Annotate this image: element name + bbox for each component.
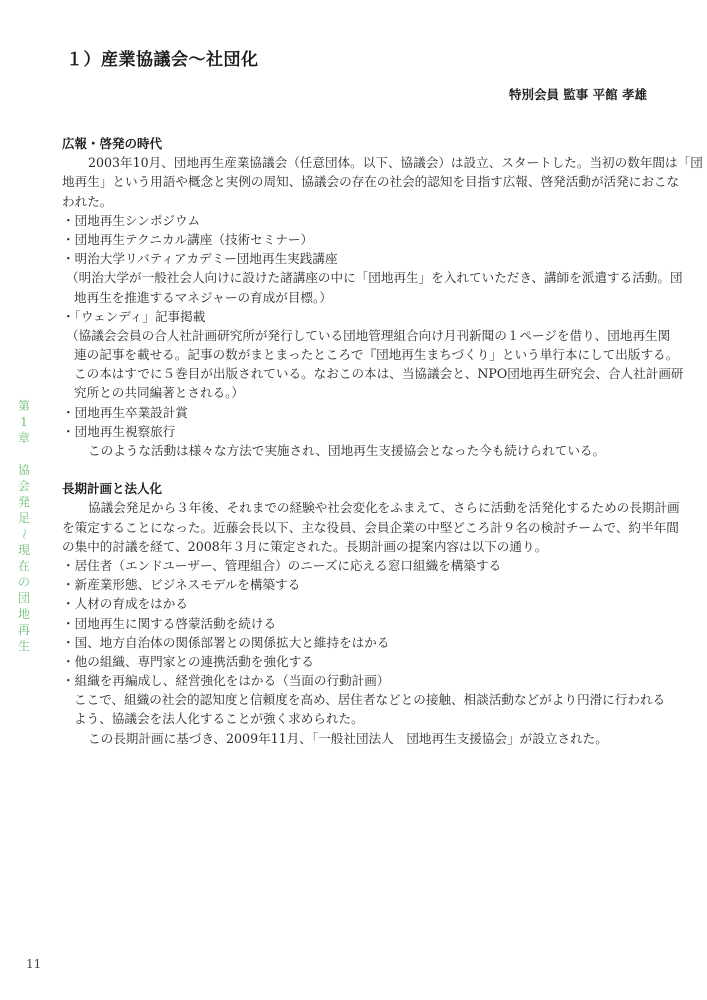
side-tab-char: 足 xyxy=(16,510,32,526)
list-item: ・団地再生に関する啓蒙活動を続ける xyxy=(62,614,662,633)
list-item: ・居住者（エンドユーザー、管理組合）のニーズに応える窓口組織を構築する xyxy=(62,556,662,575)
section-gap xyxy=(62,460,662,479)
paragraph-line: この長期計画に基づき、2009年11月、「一般社団法人 団地再生支援協会」が設立… xyxy=(62,729,662,748)
list-note-line: 連の記事を載せる。記事の数がまとまったところで『団地再生まちづくり」という単行本… xyxy=(62,345,662,364)
side-tab-spacer xyxy=(16,446,32,462)
page-title: １）産業協議会～社団化 xyxy=(66,45,259,70)
side-tab-char: 在 xyxy=(16,558,32,574)
side-tab-char: 再 xyxy=(16,622,32,638)
side-tab-char: 地 xyxy=(16,606,32,622)
list-note-line: 地再生を推進するマネジャーの育成が目標。） xyxy=(62,288,662,307)
side-tab-char: 1 xyxy=(16,414,32,430)
side-tab-char: 現 xyxy=(16,542,32,558)
list-item: ・国、地方自治体の関係部署との関係拡大と維持をはかる xyxy=(62,633,662,652)
document-page: １）産業協議会～社団化 特別会員 監事 平館 孝雄 広報・啓発の時代 2003年… xyxy=(0,0,707,1000)
paragraph-line: 協議会発足から３年後、それまでの経験や社会変化をふまえて、さらに活動を活発化する… xyxy=(62,498,662,517)
list-note-line: （明治大学が一般社会人向けに設けた諸講座の中に「団地再生」を入れていただき、講師… xyxy=(62,268,662,287)
side-tab-char: 発 xyxy=(16,494,32,510)
paragraph-line: われた。 xyxy=(62,192,662,211)
list-item: ・新産業形態、ビジネスモデルを構築する xyxy=(62,575,662,594)
side-tab-char: 団 xyxy=(16,590,32,606)
side-tab-char: 章 xyxy=(16,430,32,446)
list-item: ・団地再生シンポジウム xyxy=(62,211,662,230)
list-item: ・団地再生卒業設計賞 xyxy=(62,403,662,422)
section-heading: 広報・啓発の時代 xyxy=(62,134,662,153)
list-note-line: （協議会会員の合人社計画研究所が発行している団地管理組合向け月刊新聞の１ページを… xyxy=(62,326,662,345)
side-tab-char: の xyxy=(16,574,32,590)
paragraph-line: ここで、組織の社会的認知度と信頼度を高め、居住者などとの接触、相談活動などがより… xyxy=(62,690,662,709)
list-item: ・組織を再編成し、経営強化をはかる（当面の行動計画） xyxy=(62,671,662,690)
list-item: ・他の組織、専門家との連携活動を強化する xyxy=(62,652,662,671)
section-heading: 長期計画と法人化 xyxy=(62,479,662,498)
list-note-line: この本はすでに５巻目が出版されている。なおこの本は、当協議会と、NPO団地再生研… xyxy=(62,364,662,383)
document-body: 広報・啓発の時代 2003年10月、団地再生産業協議会（任意団体。以下、協議会）… xyxy=(62,134,662,748)
paragraph-line: の集中的討議を経て、2008年３月に策定された。長期計画の提案内容は以下の通り。 xyxy=(62,537,662,556)
side-tab-char: 第 xyxy=(16,398,32,414)
paragraph-line: 地再生」という用語や概念と実例の周知、協議会の存在の社会的認知を目指す広報、啓発… xyxy=(62,172,662,191)
side-tab-char: ～ xyxy=(16,526,32,542)
side-tab-char: 生 xyxy=(16,638,32,654)
list-item: ・人材の育成をはかる xyxy=(62,594,662,613)
chapter-side-tab: 第 1 章 協 会 発 足 ～ 現 在 の 団 地 再 生 xyxy=(16,398,32,654)
side-tab-char: 会 xyxy=(16,478,32,494)
paragraph-line: を策定することになった。近藤会長以下、主な役員、会員企業の中堅どころ計９名の検討… xyxy=(62,518,662,537)
paragraph-line: よう、協議会を法人化することが強く求められた。 xyxy=(62,709,662,728)
list-item: ・団地再生視察旅行 xyxy=(62,422,662,441)
list-item: ・「ウェンディ」記事掲載 xyxy=(62,307,662,326)
list-item: ・団地再生テクニカル講座（技術セミナー） xyxy=(62,230,662,249)
side-tab-char: 協 xyxy=(16,462,32,478)
paragraph-line: 2003年10月、団地再生産業協議会（任意団体。以下、協議会）は設立、スタートし… xyxy=(62,153,662,172)
paragraph-line: このような活動は様々な方法で実施され、団地再生支援協会となった今も続けられている… xyxy=(62,441,662,460)
list-item: ・明治大学リバティアカデミー団地再生実践講座 xyxy=(62,249,662,268)
list-note-line: 究所との共同編著とされる。） xyxy=(62,383,662,402)
author-byline: 特別会員 監事 平館 孝雄 xyxy=(509,85,647,103)
page-number: 11 xyxy=(26,957,41,971)
